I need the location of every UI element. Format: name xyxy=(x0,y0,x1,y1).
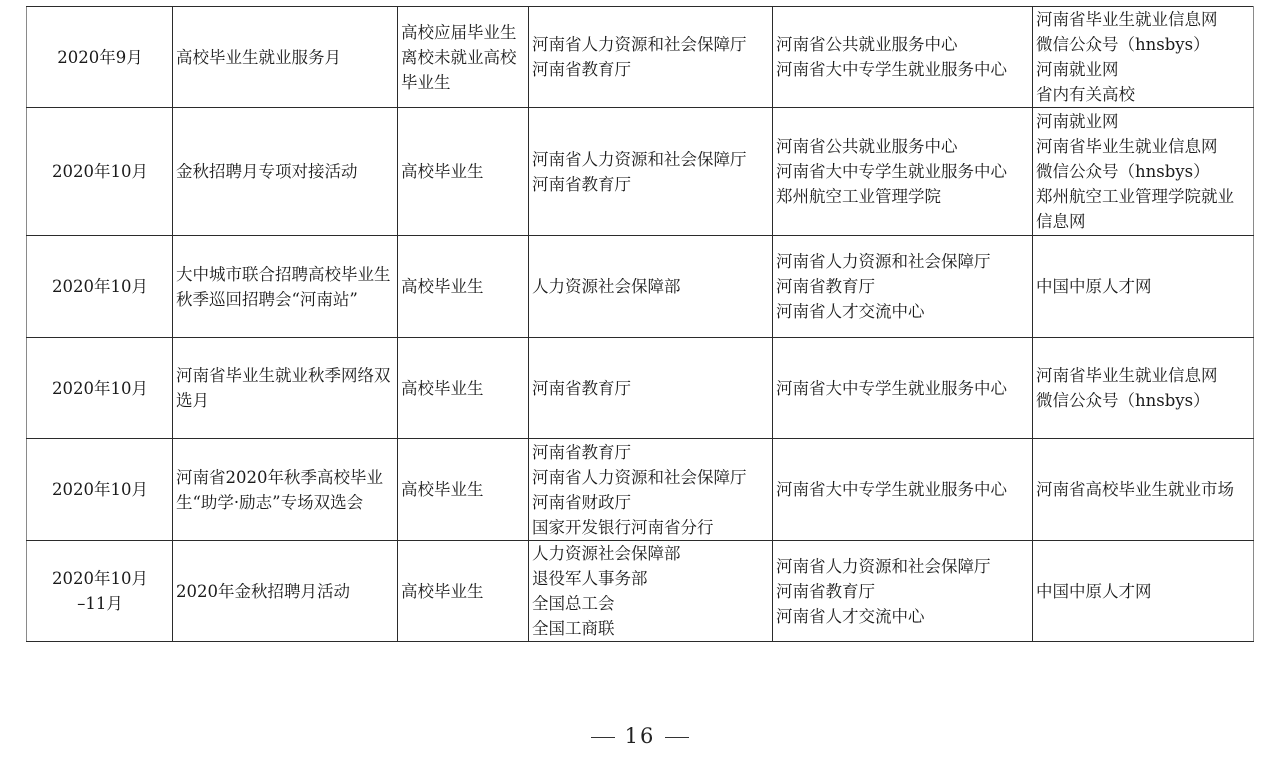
platform-line: 郑州航空工业管理学院就业 xyxy=(1036,184,1251,209)
undertaker-line: 河南省公共就业服务中心 xyxy=(776,134,1030,159)
target-line: 高校毕业生 xyxy=(401,376,526,401)
footer-dash-right xyxy=(665,737,689,738)
cell-date: 2020年9月 xyxy=(27,7,173,108)
cell-undertaker: 河南省公共就业服务中心河南省大中专学生就业服务中心 xyxy=(773,7,1033,108)
undertaker-line: 河南省人力资源和社会保障厅 xyxy=(776,554,1030,579)
cell-platform: 中国中原人才网 xyxy=(1033,236,1254,338)
target-line: 毕业生 xyxy=(401,70,526,95)
cell-organizer: 河南省教育厅 xyxy=(529,338,773,439)
cell-platform: 河南就业网河南省毕业生就业信息网微信公众号（hnsbys）郑州航空工业管理学院就… xyxy=(1033,108,1254,236)
organizer-line: 退役军人事务部 xyxy=(532,566,770,591)
cell-activity: 2020年金秋招聘月活动 xyxy=(173,541,398,642)
organizer-line: 河南省教育厅 xyxy=(532,440,770,465)
date-line: 2020年10月 xyxy=(30,477,170,502)
organizer-line: 全国总工会 xyxy=(532,591,770,616)
cell-activity: 河南省2020年秋季高校毕业生“助学·励志”专场双选会 xyxy=(173,439,398,541)
table-row: 2020年10月河南省2020年秋季高校毕业生“助学·励志”专场双选会高校毕业生… xyxy=(27,439,1254,541)
cell-target: 高校毕业生 xyxy=(398,338,529,439)
organizer-line: 人力资源社会保障部 xyxy=(532,274,770,299)
platform-line: 微信公众号（hnsbys） xyxy=(1036,159,1251,184)
undertaker-line: 河南省教育厅 xyxy=(776,579,1030,604)
cell-platform: 河南省高校毕业生就业市场 xyxy=(1033,439,1254,541)
target-line: 高校应届毕业生 xyxy=(401,20,526,45)
cell-organizer: 河南省人力资源和社会保障厅河南省教育厅 xyxy=(529,7,773,108)
cell-platform: 中国中原人才网 xyxy=(1033,541,1254,642)
activity-text: 河南省2020年秋季高校毕业生“助学·励志”专场双选会 xyxy=(176,465,395,515)
recruitment-schedule-table: 2020年9月高校毕业生就业服务月高校应届毕业生离校未就业高校毕业生河南省人力资… xyxy=(26,6,1254,642)
cell-undertaker: 河南省大中专学生就业服务中心 xyxy=(773,338,1033,439)
table-row: 2020年10月金秋招聘月专项对接活动高校毕业生河南省人力资源和社会保障厅河南省… xyxy=(27,108,1254,236)
table-row: 2020年9月高校毕业生就业服务月高校应届毕业生离校未就业高校毕业生河南省人力资… xyxy=(27,7,1254,108)
cell-organizer: 人力资源社会保障部 xyxy=(529,236,773,338)
cell-undertaker: 河南省人力资源和社会保障厅河南省教育厅河南省人才交流中心 xyxy=(773,541,1033,642)
cell-date: 2020年10月 xyxy=(27,108,173,236)
platform-line: 中国中原人才网 xyxy=(1036,579,1251,604)
date-line: 2020年9月 xyxy=(30,45,170,70)
cell-target: 高校毕业生 xyxy=(398,108,529,236)
organizer-line: 人力资源社会保障部 xyxy=(532,541,770,566)
table-row: 2020年10月–11月2020年金秋招聘月活动高校毕业生人力资源社会保障部退役… xyxy=(27,541,1254,642)
target-line: 离校未就业高校 xyxy=(401,45,526,70)
organizer-line: 河南省财政厅 xyxy=(532,490,770,515)
organizer-line: 河南省人力资源和社会保障厅 xyxy=(532,32,770,57)
document-page: 2020年9月高校毕业生就业服务月高校应届毕业生离校未就业高校毕业生河南省人力资… xyxy=(0,0,1280,758)
cell-target: 高校毕业生 xyxy=(398,236,529,338)
undertaker-line: 河南省公共就业服务中心 xyxy=(776,32,1030,57)
table-body: 2020年9月高校毕业生就业服务月高校应届毕业生离校未就业高校毕业生河南省人力资… xyxy=(27,7,1254,642)
date-line: 2020年10月 xyxy=(30,376,170,401)
organizer-line: 全国工商联 xyxy=(532,616,770,641)
target-line: 高校毕业生 xyxy=(401,579,526,604)
undertaker-line: 河南省大中专学生就业服务中心 xyxy=(776,376,1030,401)
undertaker-line: 河南省大中专学生就业服务中心 xyxy=(776,477,1030,502)
target-line: 高校毕业生 xyxy=(401,477,526,502)
cell-undertaker: 河南省人力资源和社会保障厅河南省教育厅河南省人才交流中心 xyxy=(773,236,1033,338)
organizer-line: 河南省人力资源和社会保障厅 xyxy=(532,465,770,490)
undertaker-line: 郑州航空工业管理学院 xyxy=(776,184,1030,209)
page-footer: 16 xyxy=(0,724,1280,748)
platform-line: 河南省毕业生就业信息网 xyxy=(1036,7,1251,32)
cell-target: 高校应届毕业生离校未就业高校毕业生 xyxy=(398,7,529,108)
platform-line: 中国中原人才网 xyxy=(1036,274,1251,299)
undertaker-line: 河南省教育厅 xyxy=(776,274,1030,299)
undertaker-line: 河南省大中专学生就业服务中心 xyxy=(776,159,1030,184)
undertaker-line: 河南省大中专学生就业服务中心 xyxy=(776,57,1030,82)
activity-text: 大中城市联合招聘高校毕业生秋季巡回招聘会“河南站” xyxy=(176,262,395,312)
cell-date: 2020年10月 xyxy=(27,338,173,439)
page-number: 16 xyxy=(625,724,656,748)
cell-date: 2020年10月 xyxy=(27,236,173,338)
organizer-line: 国家开发银行河南省分行 xyxy=(532,515,770,540)
cell-organizer: 人力资源社会保障部退役军人事务部全国总工会全国工商联 xyxy=(529,541,773,642)
cell-undertaker: 河南省公共就业服务中心河南省大中专学生就业服务中心郑州航空工业管理学院 xyxy=(773,108,1033,236)
cell-activity: 河南省毕业生就业秋季网络双选月 xyxy=(173,338,398,439)
undertaker-line: 河南省人才交流中心 xyxy=(776,299,1030,324)
cell-date: 2020年10月–11月 xyxy=(27,541,173,642)
table-row: 2020年10月河南省毕业生就业秋季网络双选月高校毕业生河南省教育厅河南省大中专… xyxy=(27,338,1254,439)
table-row: 2020年10月大中城市联合招聘高校毕业生秋季巡回招聘会“河南站”高校毕业生人力… xyxy=(27,236,1254,338)
organizer-line: 河南省教育厅 xyxy=(532,376,770,401)
activity-text: 河南省毕业生就业秋季网络双选月 xyxy=(176,363,395,413)
activity-text: 高校毕业生就业服务月 xyxy=(176,45,395,70)
organizer-line: 河南省教育厅 xyxy=(532,172,770,197)
activity-text: 金秋招聘月专项对接活动 xyxy=(176,159,395,184)
platform-line: 河南省高校毕业生就业市场 xyxy=(1036,477,1251,502)
cell-platform: 河南省毕业生就业信息网微信公众号（hnsbys） xyxy=(1033,338,1254,439)
organizer-line: 河南省教育厅 xyxy=(532,57,770,82)
date-line: 2020年10月 xyxy=(30,159,170,184)
date-line: –11月 xyxy=(30,591,170,616)
target-line: 高校毕业生 xyxy=(401,274,526,299)
target-line: 高校毕业生 xyxy=(401,159,526,184)
cell-platform: 河南省毕业生就业信息网微信公众号（hnsbys）河南就业网省内有关高校 xyxy=(1033,7,1254,108)
cell-activity: 金秋招聘月专项对接活动 xyxy=(173,108,398,236)
cell-activity: 高校毕业生就业服务月 xyxy=(173,7,398,108)
platform-line: 河南就业网 xyxy=(1036,109,1251,134)
cell-target: 高校毕业生 xyxy=(398,541,529,642)
cell-target: 高校毕业生 xyxy=(398,439,529,541)
date-line: 2020年10月 xyxy=(30,566,170,591)
cell-activity: 大中城市联合招聘高校毕业生秋季巡回招聘会“河南站” xyxy=(173,236,398,338)
cell-date: 2020年10月 xyxy=(27,439,173,541)
cell-undertaker: 河南省大中专学生就业服务中心 xyxy=(773,439,1033,541)
platform-line: 河南省毕业生就业信息网 xyxy=(1036,134,1251,159)
date-line: 2020年10月 xyxy=(30,274,170,299)
cell-organizer: 河南省教育厅河南省人力资源和社会保障厅河南省财政厅国家开发银行河南省分行 xyxy=(529,439,773,541)
activity-text: 2020年金秋招聘月活动 xyxy=(176,579,395,604)
platform-line: 微信公众号（hnsbys） xyxy=(1036,32,1251,57)
undertaker-line: 河南省人力资源和社会保障厅 xyxy=(776,249,1030,274)
platform-line: 河南省毕业生就业信息网 xyxy=(1036,363,1251,388)
organizer-line: 河南省人力资源和社会保障厅 xyxy=(532,147,770,172)
footer-dash-left xyxy=(591,737,615,738)
undertaker-line: 河南省人才交流中心 xyxy=(776,604,1030,629)
platform-line: 微信公众号（hnsbys） xyxy=(1036,388,1251,413)
platform-line: 河南就业网 xyxy=(1036,57,1251,82)
platform-line: 省内有关高校 xyxy=(1036,82,1251,107)
cell-organizer: 河南省人力资源和社会保障厅河南省教育厅 xyxy=(529,108,773,236)
platform-line: 信息网 xyxy=(1036,209,1251,234)
